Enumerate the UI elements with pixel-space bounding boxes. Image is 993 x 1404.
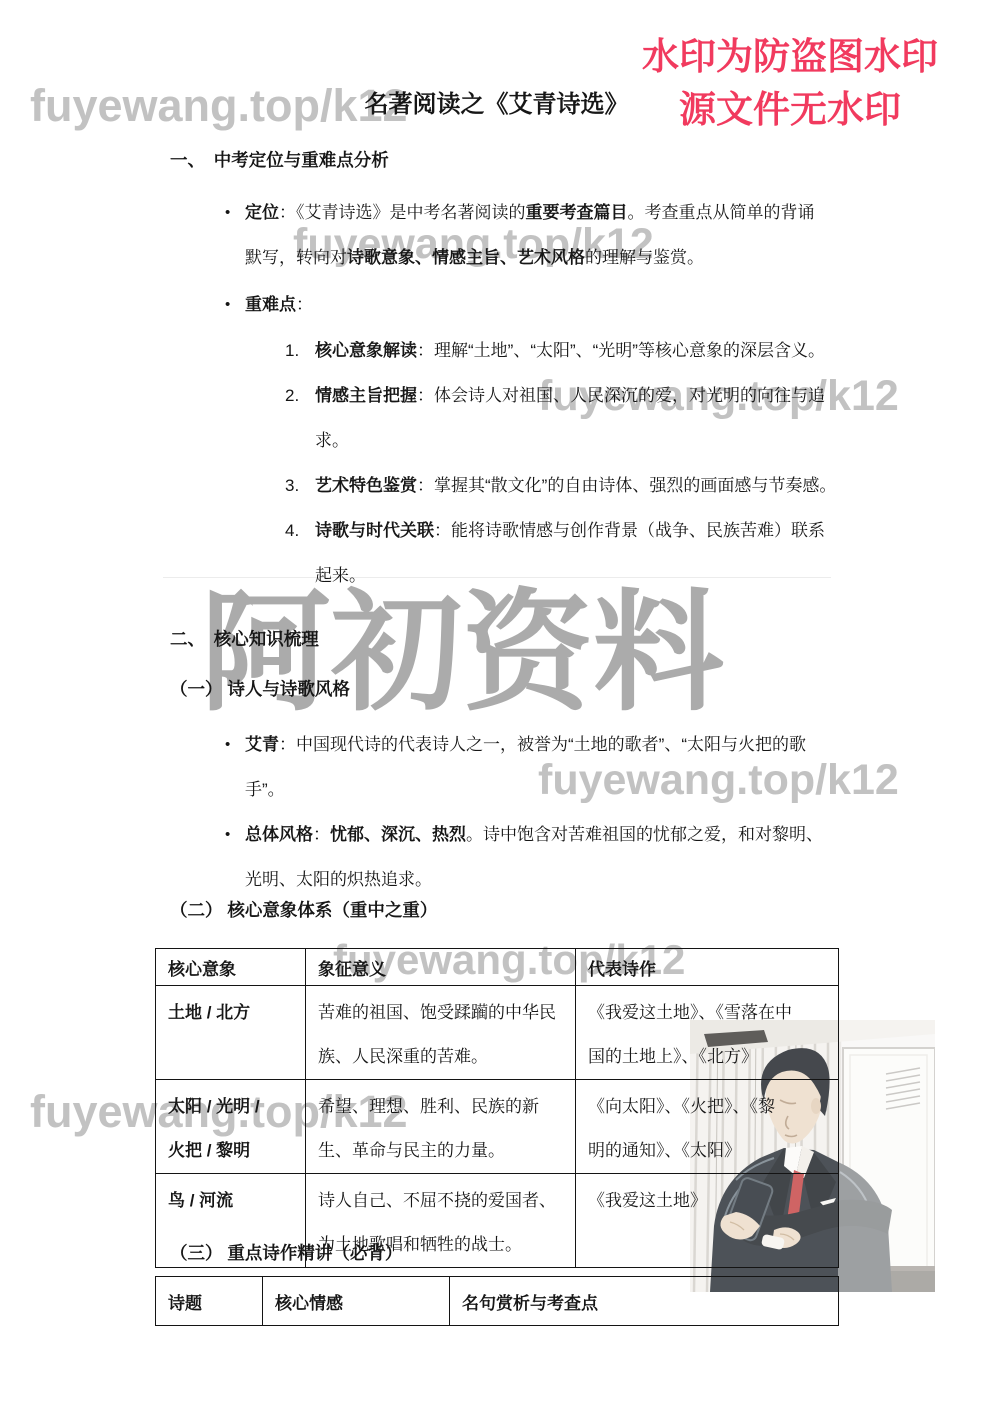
section-two-heading: 二、 核心知识梳理 bbox=[170, 626, 319, 651]
column-header-poems: 代表诗作 bbox=[576, 949, 839, 986]
document-page: fuyewang.top/k12 fuyewang.top/k12 fuyewa… bbox=[0, 0, 993, 1404]
item-number: 3. bbox=[285, 463, 299, 508]
item-number: 1. bbox=[285, 328, 299, 373]
table-header-row: 核心意象 象征意义 代表诗作 bbox=[156, 949, 839, 986]
numbered-item-3: 3. 艺术特色鉴赏：掌握其“散文化”的自由诗体、强烈的画面感与节奏感。 bbox=[285, 463, 895, 508]
bullet-icon: • bbox=[225, 812, 230, 857]
table-row-land: 土地 / 北方 苦难的祖国、饱受蹂躏的中华民 族、人民深重的苦难。 《我爱这土地… bbox=[156, 986, 839, 1080]
bullet-icon: • bbox=[225, 190, 230, 235]
column-header-core-image: 核心意象 bbox=[156, 949, 306, 986]
section-one-heading: 一、 中考定位与重难点分析 bbox=[170, 147, 389, 172]
column-header-core-emotion: 核心情感 bbox=[263, 1277, 450, 1326]
subsection-two-heading: （二） 核心意象体系（重中之重） bbox=[170, 897, 437, 922]
cell-core-image: 太阳 / 光明 / 火把 / 黎明 bbox=[156, 1080, 306, 1174]
column-header-symbolism: 象征意义 bbox=[306, 949, 576, 986]
column-header-famous-lines: 名句赏析与考查点 bbox=[450, 1277, 839, 1326]
bullet-item-positioning: • 定位：《艾青诗选》是中考名著阅读的重要考查篇目。考查重点从简单的背诵 默写，… bbox=[225, 190, 875, 280]
bullet-icon: • bbox=[225, 722, 230, 767]
bullet-item-aiqing: • 艾青：中国现代诗的代表诗人之一，被誉为“土地的歌者”、“太阳与火把的歌 手”… bbox=[225, 722, 875, 812]
numbered-item-2: 2. 情感主旨把握：体会诗人对祖国、人民深沉的爱，对光明的向往与追 求。 bbox=[285, 373, 895, 463]
key-poems-table: 诗题 核心情感 名句赏析与考查点 bbox=[155, 1276, 839, 1326]
subsection-three-heading: （三） 重点诗作精讲（必背） bbox=[170, 1240, 402, 1265]
item-text: 诗歌与时代关联：能将诗歌情感与创作背景（战争、民族苦难）联系 起来。 bbox=[315, 508, 895, 598]
bullet-text: 定位：《艾青诗选》是中考名著阅读的重要考查篇目。考查重点从简单的背诵 默写，转向… bbox=[245, 190, 875, 280]
cell-poems: 《我爱这土地》、《雪落在中 国的土地上》、《北方》 bbox=[576, 986, 839, 1080]
table-header-row: 诗题 核心情感 名句赏析与考查点 bbox=[156, 1277, 839, 1326]
bullet-text: 总体风格：忧郁、深沉、热烈。诗中饱含对苦难祖国的忧郁之爱，和对黎明、 光明、太阳… bbox=[245, 812, 875, 902]
cell-symbolism: 希望、理想、胜利、民族的新 生、革命与民主的力量。 bbox=[306, 1080, 576, 1174]
cell-symbolism: 苦难的祖国、饱受蹂躏的中华民 族、人民深重的苦难。 bbox=[306, 986, 576, 1080]
cell-poems: 《我爱这土地》 bbox=[576, 1174, 839, 1268]
bullet-item-key-points: • 重难点： bbox=[225, 282, 875, 327]
item-number: 4. bbox=[285, 508, 299, 553]
bullet-icon: • bbox=[225, 282, 230, 327]
item-text: 核心意象解读：理解“土地”、“太阳”、“光明”等核心意象的深层含义。 bbox=[315, 328, 895, 373]
bullet-text: 艾青：中国现代诗的代表诗人之一，被誉为“土地的歌者”、“太阳与火把的歌 手”。 bbox=[245, 722, 875, 812]
numbered-item-1: 1. 核心意象解读：理解“土地”、“太阳”、“光明”等核心意象的深层含义。 bbox=[285, 328, 895, 373]
subsection-one-heading: （一） 诗人与诗歌风格 bbox=[170, 676, 350, 701]
table-row-sun: 太阳 / 光明 / 火把 / 黎明 希望、理想、胜利、民族的新 生、革命与民主的… bbox=[156, 1080, 839, 1174]
item-text: 情感主旨把握：体会诗人对祖国、人民深沉的爱，对光明的向往与追 求。 bbox=[315, 373, 895, 463]
anti-theft-notice: 水印为防盗图水印 源文件无水印 bbox=[600, 30, 980, 136]
imagery-table: 核心意象 象征意义 代表诗作 土地 / 北方 苦难的祖国、饱受蹂躏的中华民 族、… bbox=[155, 948, 839, 1268]
item-text: 艺术特色鉴赏：掌握其“散文化”的自由诗体、强烈的画面感与节奏感。 bbox=[315, 463, 895, 508]
cell-poems: 《向太阳》、《火把》、《黎 明的通知》、《太阳》 bbox=[576, 1080, 839, 1174]
bullet-item-style: • 总体风格：忧郁、深沉、热烈。诗中饱含对苦难祖国的忧郁之爱，和对黎明、 光明、… bbox=[225, 812, 875, 902]
bullet-text: 重难点： bbox=[245, 282, 875, 327]
cell-core-image: 土地 / 北方 bbox=[156, 986, 306, 1080]
item-number: 2. bbox=[285, 373, 299, 418]
column-header-poem-title: 诗题 bbox=[156, 1277, 263, 1326]
numbered-item-4: 4. 诗歌与时代关联：能将诗歌情感与创作背景（战争、民族苦难）联系 起来。 bbox=[285, 508, 895, 598]
